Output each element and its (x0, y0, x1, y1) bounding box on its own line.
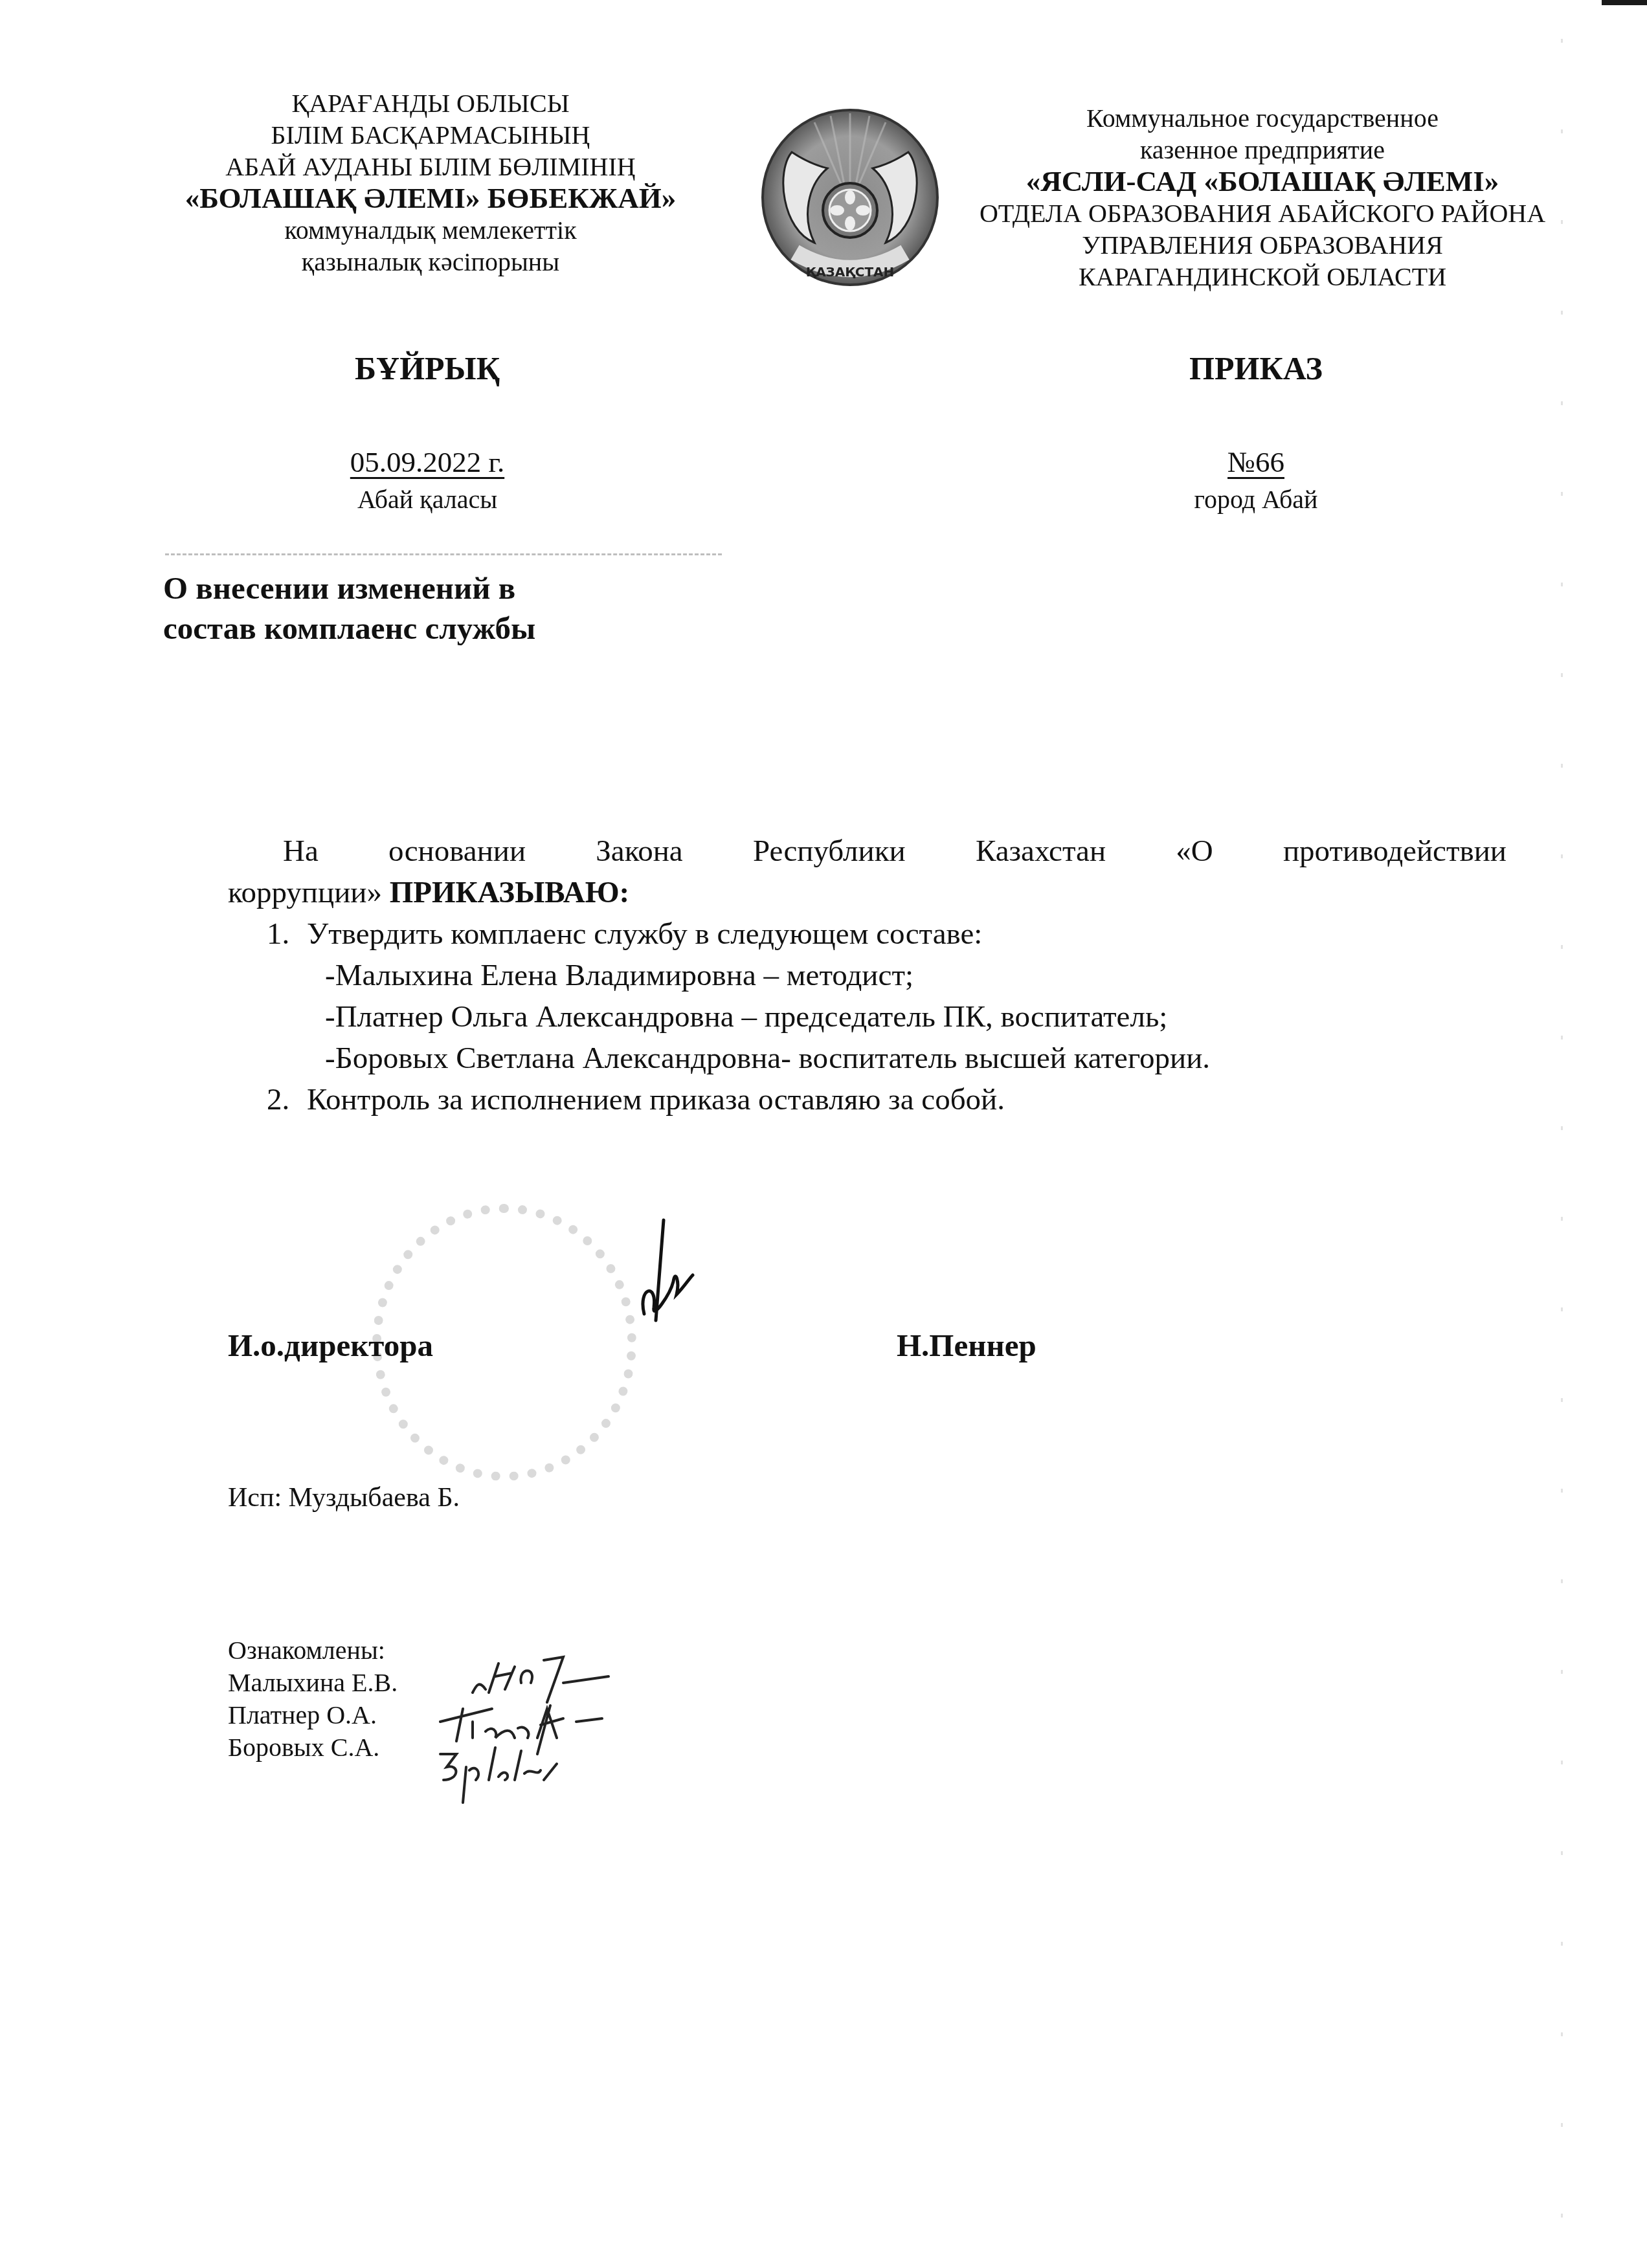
member-list: -Малыхина Елена Владимировна – методист;… (228, 955, 1507, 1079)
member-item: -Платнер Ольга Александровна – председат… (325, 996, 1507, 1038)
emblem-inscription: ҚАЗАҚСТАН (806, 264, 895, 280)
place-ru: город Абай (1126, 481, 1385, 518)
number-block: №66 город Абай (1126, 443, 1385, 518)
subject-line: О внесении изменений в (163, 568, 535, 608)
doc-type-kz: БҰЙРЫҚ (298, 350, 557, 387)
acknowledged-person: Малыхина Е.В. (228, 1667, 398, 1699)
acknowledged-block: Ознакомлены: Малыхина Е.В. Платнер О.А. … (228, 1634, 398, 1764)
header-left-line: АБАЙ АУДАНЫ БІЛІМ БӨЛІМІНІҢ (162, 151, 699, 183)
header-right-line: УПРАВЛЕНИЯ ОБРАЗОВАНИЯ (939, 229, 1586, 261)
header-left-line: БІЛІМ БАСҚАРМАСЫНЫҢ (162, 119, 699, 151)
preamble: На основании Закона Республики Казахстан… (228, 830, 1507, 872)
list-text: Контроль за исполнением приказа оставляю… (307, 1079, 1005, 1120)
preamble-text: На основании Закона Республики Казахстан… (283, 834, 1507, 868)
acknowledged-label: Ознакомлены: (228, 1634, 398, 1667)
list-text: Утвердить комплаенс службу в следующем с… (307, 913, 982, 955)
preamble-end: коррупции» ПРИКАЗЫВАЮ: (228, 872, 1507, 913)
signer-position: И.о.директора (228, 1327, 433, 1364)
header-right-line: казенное предприятие (939, 134, 1586, 166)
list-number: 2. (267, 1079, 307, 1120)
header-right-line: КАРАГАНДИНСКОЙ ОБЛАСТИ (939, 261, 1586, 293)
header-left-line: коммуналдық мемлекеттік (162, 214, 699, 246)
list-item-1: 1. Утвердить комплаенс службу в следующе… (228, 913, 1507, 955)
preamble-text-end: коррупции» (228, 876, 382, 909)
scan-noise-line (1561, 0, 1563, 2268)
list-item-2: 2. Контроль за исполнением приказа остав… (228, 1079, 1507, 1120)
place-kz: Абай қаласы (298, 481, 557, 518)
state-emblem-icon: ҚАЗАҚСТАН (756, 107, 944, 295)
header-right-org-name: «ЯСЛИ-САД «БОЛАШАҚ ӘЛЕМІ» (939, 166, 1586, 197)
signer-name: Н.Пеннер (897, 1327, 1036, 1364)
doc-type-ru: ПРИКАЗ (1126, 350, 1385, 387)
director-signature-icon (618, 1217, 709, 1330)
order-number: №66 (1227, 446, 1284, 478)
header-left-line: ҚАРАҒАНДЫ ОБЛЫСЫ (162, 87, 699, 119)
header-right-line: ОТДЕЛА ОБРАЗОВАНИЯ АБАЙСКОГО РАЙОНА (939, 197, 1586, 229)
header-left-line: қазыналық кәсіпорыны (162, 246, 699, 278)
acknowledged-person: Платнер О.А. (228, 1699, 398, 1731)
scan-edge-artifact (1602, 0, 1647, 5)
member-item: -Боровых Светлана Александровна- воспита… (325, 1038, 1507, 1079)
acknowledged-person: Боровых С.А. (228, 1731, 398, 1764)
executor-note: Исп: Муздыбаева Б. (228, 1482, 460, 1513)
header-left: ҚАРАҒАНДЫ ОБЛЫСЫ БІЛІМ БАСҚАРМАСЫНЫҢ АБА… (162, 87, 699, 278)
subject-line: состав комплаенс службы (163, 608, 535, 649)
member-item: -Малыхина Елена Владимировна – методист; (325, 955, 1507, 996)
header-right-line: Коммунальное государственное (939, 102, 1586, 134)
order-date: 05.09.2022 г. (298, 443, 557, 481)
order-subject: О внесении изменений в состав комплаенс … (163, 568, 535, 649)
header-right: Коммунальное государственное казенное пр… (939, 102, 1586, 293)
signature-borovykh-icon (434, 1741, 583, 1809)
order-word: ПРИКАЗЫВАЮ: (390, 876, 630, 909)
rule-artifact (165, 553, 722, 555)
date-block: 05.09.2022 г. Абай қаласы (298, 443, 557, 518)
list-number: 1. (267, 913, 307, 955)
order-body: На основании Закона Республики Казахстан… (228, 830, 1507, 1120)
header-left-org-name: «БОЛАШАҚ ӘЛЕМІ» БӨБЕКЖАЙ» (162, 183, 699, 214)
